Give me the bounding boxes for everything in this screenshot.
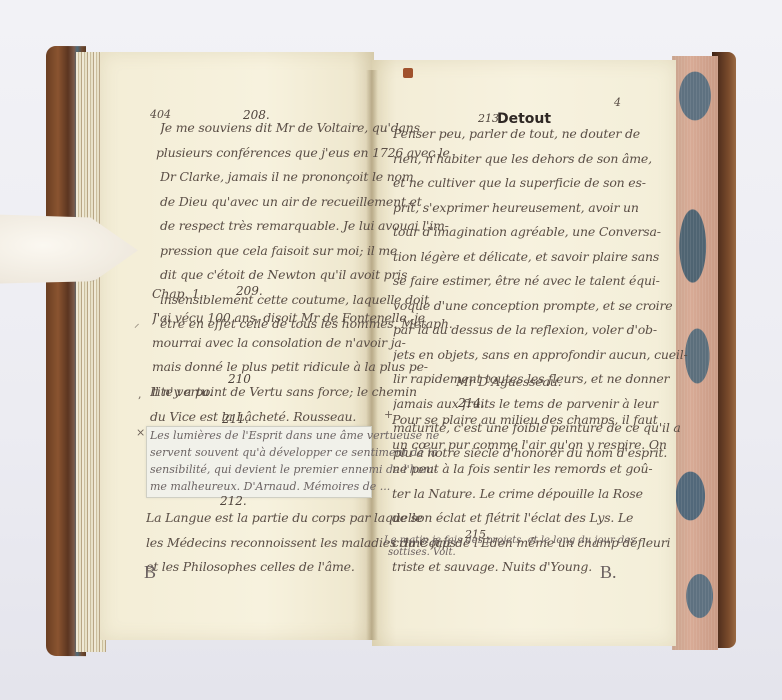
entry-213-attribution: Mr D'Aguesseau. [456, 370, 561, 395]
photo-scene: 404 208. Je me souviens dit Mr de Voltai… [0, 0, 782, 700]
entry-208-text-end: Chap. 1. [152, 282, 203, 307]
left-signature-mark: B [144, 562, 156, 583]
entry-number: 211. [222, 412, 249, 426]
right-signature-mark: B. [600, 562, 617, 583]
margin-mark: ⸝ [134, 316, 140, 331]
entry-number: 209. [236, 284, 263, 298]
entry-215-text: Le matin je fais des projets, et le long… [384, 535, 635, 559]
margin-mark: × [136, 426, 145, 439]
overwritten-word: Detout [497, 111, 551, 127]
entry-210-text: Il n'y a point de Vertu sans force; le c… [150, 380, 417, 429]
right-folio-number: 4 [614, 96, 621, 109]
binding-tab [403, 68, 413, 78]
margin-mark: · [384, 124, 388, 137]
margin-mark: , [138, 388, 142, 401]
